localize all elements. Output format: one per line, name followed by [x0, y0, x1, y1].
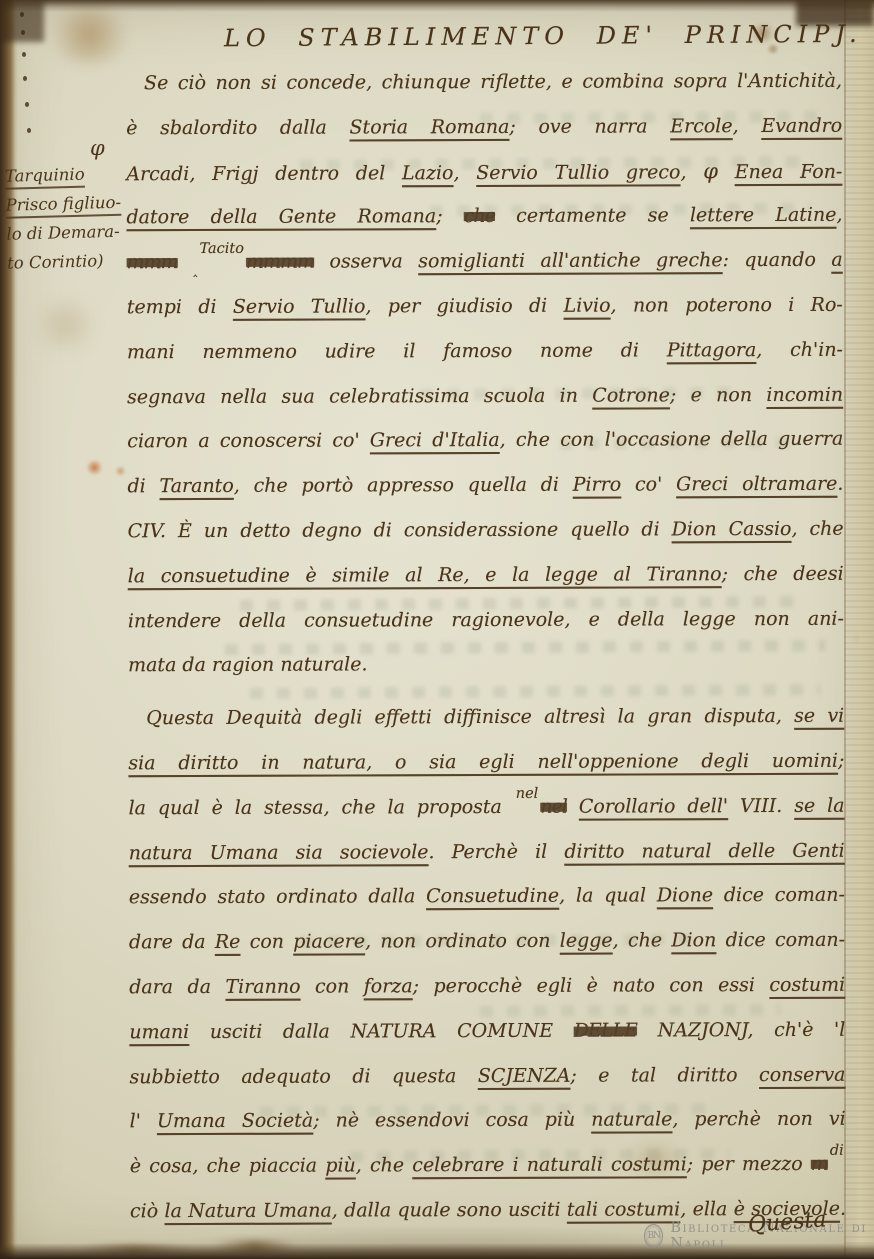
manuscript-line: subbietto adequato di questa SCJENZA; e … [129, 1052, 845, 1099]
caret-mark: ‸ [193, 263, 197, 278]
manuscript-line: Se ciò non si concede, chiunque riflette… [126, 59, 842, 106]
text-run: , la qual [559, 885, 657, 907]
manuscript-line: Arcadi, Frigj dentro del Lazio, Servio T… [126, 148, 842, 195]
underlined-text: a [831, 249, 842, 271]
text-run: , che [356, 1154, 413, 1176]
manuscript-line: tempi di Servio Tullio, per giudisio di … [127, 283, 843, 330]
text-run: VIII. [728, 795, 794, 817]
underlined-text: umani [129, 1021, 189, 1043]
underlined-text: conserva [759, 1063, 846, 1085]
text-run: Se ciò non si concede, chiunque riflette… [144, 70, 842, 94]
underlined-text: legge [560, 930, 613, 952]
manuscript-line: la qual è la stessa, che la proposta nel… [128, 783, 844, 830]
fore-edge [844, 0, 874, 1259]
text-run: ; che deesi [722, 563, 844, 585]
text-run: ciò [130, 1200, 165, 1222]
underlined-text: natura Umana sia socievole [129, 841, 429, 864]
underlined-text: celebrare i naturali costumi [412, 1153, 687, 1176]
foxing-stain [115, 466, 126, 476]
text-run: ; [838, 750, 844, 772]
underlined-text: forza [364, 975, 413, 997]
text-run: dice coman- [716, 929, 845, 951]
manuscript-line: umani usciti dalla NATURA COMUNE DELLE N… [129, 1007, 845, 1054]
text-run [178, 251, 193, 273]
text-run: , non ordinato con [365, 930, 560, 953]
text-run: ; e tal diritto [570, 1064, 759, 1087]
interlinear-insertion: di [830, 1129, 844, 1174]
underlined-text: Ercole [670, 115, 732, 137]
margin-note-line: Tarquinio [5, 158, 138, 190]
monogram-letters: BN [647, 1231, 660, 1241]
manuscript-line: essendo stato ordinato dalla Consuetudin… [129, 873, 845, 920]
sewing-hole [22, 52, 26, 57]
manuscript-line: natura Umana sia socievole. Perchè il di… [129, 828, 845, 875]
text-run: , [453, 162, 476, 184]
text-run: l' [130, 1110, 157, 1132]
underlined-text: Greci d'Italia [370, 429, 500, 451]
foxing-stain [42, 6, 137, 64]
text-run: , che [791, 518, 843, 540]
underlined-text: Dione [657, 885, 713, 907]
text-run: . Perchè il [428, 840, 564, 862]
text-run: . [837, 473, 843, 495]
text-run: dara da [129, 976, 225, 998]
text-run: , che [613, 929, 672, 951]
underlined-text: tali costumi [567, 1198, 680, 1220]
margin-note: TarquinioPrisco figliuo-lo di Demara-to … [5, 158, 140, 277]
underlined-text: diritto natural delle Genti [564, 839, 844, 862]
underlined-text: sia diritto in natura, o sia egli nell'o… [128, 750, 838, 774]
underlined-text: Evandro [761, 115, 842, 137]
underlined-text: somiglianti all'antiche greche [418, 249, 722, 272]
text-run: : quando [723, 249, 832, 271]
text-run: certamente se [495, 205, 690, 228]
text-run: ; [436, 205, 464, 227]
text-run [567, 795, 579, 817]
margin-note-line: to Corintio) [7, 245, 140, 277]
text-run: CIV. È un detto degno di considerassione… [128, 518, 672, 542]
underlined-text: Prisco figliuo- [5, 193, 121, 215]
text-run: usciti dalla NATURA COMUNE [189, 1019, 574, 1042]
text-run: , ella [680, 1198, 734, 1220]
manuscript-line: intendere della consuetudine ragionevole… [128, 596, 844, 643]
text-run: , che con l'occasione della guerra [500, 428, 844, 451]
text-run: mani nemmeno udire il famoso nome di [127, 339, 667, 363]
manuscript-line: CIV. È un detto degno di considerassione… [128, 507, 844, 554]
text-run: mata da ragion naturale. [128, 654, 368, 677]
underlined-text: più [325, 1155, 356, 1177]
underlined-text: Lazio [402, 162, 454, 184]
manuscript-line: dare da Re con piacere, non ordinato con… [129, 918, 845, 965]
text-run: è sbalordito dalla [126, 116, 349, 139]
text-run: to Corintio) [7, 251, 104, 273]
underlined-text: naturale [591, 1109, 672, 1131]
manuscript-line: mmm ‸Tacitommmm osserva somiglianti all'… [127, 238, 843, 285]
manuscript-line: ciaron a conoscersi co' Greci d'Italia, … [127, 417, 843, 464]
text-run: , perchè non vi [672, 1108, 845, 1131]
underlined-text: SCJENZA [478, 1064, 571, 1086]
text-run: , [836, 204, 842, 226]
underlined-text: Livio [564, 295, 611, 317]
text-run: lo di Demara- [6, 222, 120, 244]
manuscript-line: segnava nella sua celebratissima scuola … [127, 372, 843, 419]
text-run: ; per mezzo [687, 1153, 811, 1175]
underlined-text: Dion [671, 929, 716, 951]
underlined-text: Umana Società [157, 1110, 313, 1133]
foxing-stain [86, 460, 103, 475]
interlinear-insertion: nel [516, 772, 539, 817]
underlined-text: datore della Gente Romana [126, 206, 436, 229]
underlined-text: Storia Romana [349, 116, 509, 139]
underlined-text: Corollario dell' [579, 795, 728, 818]
underlined-text: la consuetudine è simile al Re, e la leg… [128, 563, 722, 587]
text-run: Arcadi, Frigj dentro del [126, 162, 402, 185]
underlined-text: piacere [293, 931, 365, 953]
library-monogram-icon: BN [644, 1224, 663, 1248]
struck-text: che [464, 205, 495, 227]
text-run: Questa Dequità degli effetti diffinisce … [146, 705, 794, 729]
manuscript-line: dara da Tiranno con forza; perocchè egli… [129, 963, 845, 1010]
text-run: ; perocchè egli è nato con essi [413, 974, 770, 997]
foxing-stain [853, 632, 866, 645]
manuscript-line: è sbalordito dalla Storia Romana; ove na… [126, 104, 842, 151]
text-run: intendere della consuetudine ragionevole… [128, 607, 844, 631]
struck-text: mmmm [246, 251, 314, 273]
text-run: con [300, 975, 363, 997]
text-run [718, 161, 735, 183]
text-run: tempi di [127, 296, 233, 318]
text-run: , [733, 115, 762, 137]
sewing-hole [25, 102, 29, 107]
underlined-text: Pirro [573, 474, 622, 496]
text-run: con [240, 931, 293, 953]
text-run: segnava nella sua celebratissima scuola … [127, 384, 592, 408]
underlined-text: Enea Fon- [735, 160, 843, 182]
text-run: , non poterono i Ro- [610, 294, 842, 317]
text-run: , [680, 161, 703, 183]
manuscript-line: Questa Dequità degli effetti diffinisce … [128, 694, 844, 741]
manuscript-line: l' Umana Società; nè essendovi cosa più … [130, 1097, 846, 1144]
text-run: osserva [314, 250, 418, 272]
text-run: co' [621, 474, 676, 496]
underlined-text: se vi [794, 705, 844, 727]
underlined-text: Dion Cassio [672, 518, 792, 540]
underlined-text: se la [794, 794, 844, 816]
text-run: , ch'in- [756, 339, 843, 361]
struck-text: DELLE [574, 1019, 637, 1041]
manuscript-line: la consuetudine è simile al Re, e la leg… [128, 552, 844, 599]
text-run: dice coman- [713, 884, 845, 906]
underlined-text: Tarquinio [5, 165, 85, 186]
underlined-text: Servio Tullio [233, 295, 366, 317]
manuscript-line: mani nemmeno udire il famoso nome di Pit… [127, 328, 843, 375]
text-run: subbietto adequato di questa [129, 1065, 477, 1088]
text-run: è cosa, che piaccia [130, 1155, 326, 1178]
manuscript-line: di Taranto, che portò appresso quella di… [127, 462, 843, 509]
top-edge [0, 0, 874, 12]
reference-mark: φ [703, 159, 718, 183]
text-run: ; e non [670, 384, 767, 406]
foxing-stain [30, 300, 100, 350]
text-run: ciaron a conoscersi co' [127, 430, 370, 453]
text-run: essendo stato ordinato dalla [129, 886, 426, 909]
text-run: NAZJONJ, ch'è 'l [637, 1018, 845, 1041]
margin-note-line: lo di Demara- [6, 216, 139, 248]
struck-text: nel [540, 795, 567, 817]
underlined-text: Tiranno [225, 976, 300, 998]
underlined-text: incomin [766, 383, 843, 405]
interlinear-insertion: Tacito [199, 227, 244, 272]
underlined-text: costumi [769, 974, 845, 996]
margin-reference-mark: φ [90, 136, 105, 160]
text-run: la qual è la stessa, che la proposta [129, 796, 514, 819]
underlined-text: Re [215, 931, 241, 953]
manuscript-line: è cosa, che piaccia più, che celebrare i… [130, 1142, 846, 1189]
underlined-text: la Natura Umana [164, 1199, 331, 1222]
text-run: ; nè essendovi cosa più [313, 1109, 591, 1132]
manuscript-page: LO STABILIMENTO DE' PRINCIPJ. φ Tarquini… [0, 0, 874, 1259]
page-title: LO STABILIMENTO DE' PRINCIPJ. [224, 20, 863, 52]
text-run: . [840, 1198, 846, 1220]
underlined-text: Greci oltramare [676, 473, 837, 496]
sewing-hole [23, 76, 27, 81]
underlined-text: Consuetudine [426, 885, 559, 907]
underlined-text: Servio Tullio greco [476, 161, 680, 184]
corner-stain [0, 0, 44, 42]
underlined-text: Pittagora [667, 339, 757, 361]
text-run: dare da [129, 931, 215, 953]
manuscript-line: mata da ragion naturale. [128, 641, 844, 688]
underlined-text: lettere Latine [690, 204, 837, 227]
margin-note-line: Prisco figliuo- [5, 187, 138, 219]
text-run: ; ove narra [509, 115, 670, 138]
text-run: , dalla quale sono usciti [332, 1199, 567, 1222]
text-run: di [127, 475, 159, 497]
manuscript-line: sia diritto in natura, o sia egli nell'o… [128, 739, 844, 786]
manuscript-body: Se ciò non si concede, chiunque riflette… [126, 59, 846, 1234]
underlined-text: Taranto [159, 475, 233, 497]
text-run: , che portò appresso quella di [234, 474, 573, 497]
underlined-text: Cotrone [592, 384, 670, 406]
sewing-hole [27, 128, 31, 133]
struck-text: mmm [127, 251, 178, 273]
struck-text: m [811, 1153, 828, 1175]
text-run: , per giudisio di [365, 295, 563, 318]
